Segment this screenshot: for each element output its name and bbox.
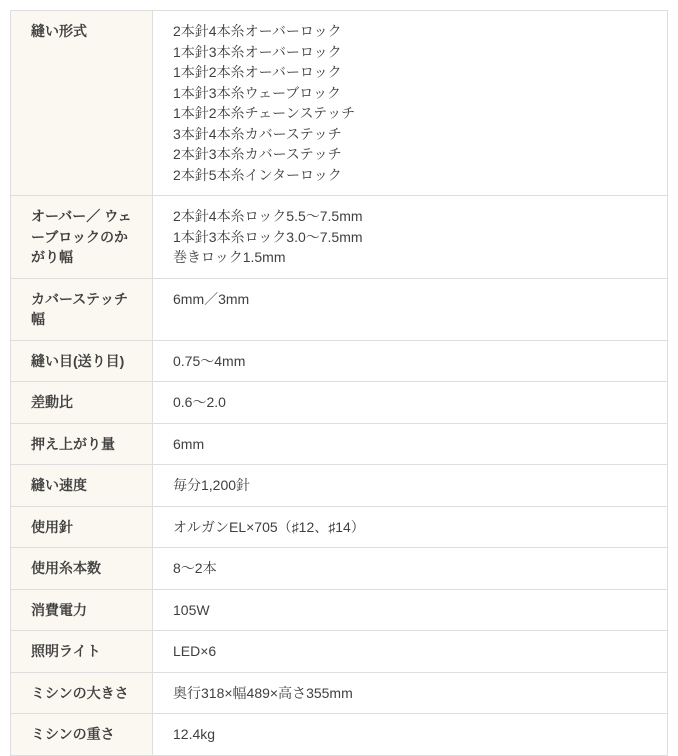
spec-value: 6mm [153,423,668,465]
spec-label: 差動比 [11,382,153,424]
table-row: ミシンの大きさ奥行318×幅489×高さ355mm [11,672,668,714]
spec-value-line: 1本針3本糸ウェーブロック [173,83,657,104]
spec-value-line: LED×6 [173,641,657,662]
spec-value: 2本針4本糸ロック5.5～7.5mm1本針3本糸ロック3.0～7.5mm巻きロッ… [153,196,668,279]
table-row: 使用針オルガンEL×705（♯12、♯14） [11,506,668,548]
spec-label: カバーステッチ幅 [11,278,153,340]
table-row: 差動比0.6～2.0 [11,382,668,424]
spec-value-line: 毎分1,200針 [173,475,657,496]
spec-label: ミシンの大きさ [11,672,153,714]
spec-value: LED×6 [153,631,668,673]
spec-value-line: 1本針2本糸チェーンステッチ [173,103,657,124]
spec-value-line: 0.6～2.0 [173,392,657,413]
spec-value: 0.75～4mm [153,340,668,382]
spec-value-line: 2本針4本糸オーバーロック [173,21,657,42]
spec-table-body: 縫い形式2本針4本糸オーバーロック1本針3本糸オーバーロック1本針2本糸オーバー… [11,11,668,756]
spec-value-line: 0.75～4mm [173,351,657,372]
spec-label: 使用糸本数 [11,548,153,590]
spec-label: 縫い速度 [11,465,153,507]
spec-label: 縫い形式 [11,11,153,196]
spec-value-line: 3本針4本糸カバーステッチ [173,124,657,145]
spec-value-line: オルガンEL×705（♯12、♯14） [173,517,657,538]
table-row: 消費電力105W [11,589,668,631]
table-row: ミシンの重さ12.4kg [11,714,668,756]
spec-value-line: 1本針2本糸オーバーロック [173,62,657,83]
spec-label: 縫い目(送り目) [11,340,153,382]
spec-label: ミシンの重さ [11,714,153,756]
page: 縫い形式2本針4本糸オーバーロック1本針3本糸オーバーロック1本針2本糸オーバー… [0,0,678,736]
table-row: オーバー／ ウェーブロックのかがり幅2本針4本糸ロック5.5～7.5mm1本針3… [11,196,668,279]
spec-value: オルガンEL×705（♯12、♯14） [153,506,668,548]
spec-value-line: 6mm／3mm [173,289,657,310]
spec-value: 毎分1,200針 [153,465,668,507]
table-row: カバーステッチ幅6mm／3mm [11,278,668,340]
spec-value-line: 奥行318×幅489×高さ355mm [173,683,657,704]
spec-value-line: 105W [173,600,657,621]
spec-value: 2本針4本糸オーバーロック1本針3本糸オーバーロック1本針2本糸オーバーロック1… [153,11,668,196]
table-row: 使用糸本数8～2本 [11,548,668,590]
spec-value-line: 2本針3本糸カバーステッチ [173,144,657,165]
spec-value: 6mm／3mm [153,278,668,340]
spec-value-line: 2本針5本糸インターロック [173,165,657,186]
spec-label: 照明ライト [11,631,153,673]
spec-value: 8～2本 [153,548,668,590]
table-row: 縫い速度毎分1,200針 [11,465,668,507]
spec-value-line: 8～2本 [173,558,657,579]
table-row: 照明ライトLED×6 [11,631,668,673]
table-row: 縫い形式2本針4本糸オーバーロック1本針3本糸オーバーロック1本針2本糸オーバー… [11,11,668,196]
spec-value: 12.4kg [153,714,668,756]
spec-table: 縫い形式2本針4本糸オーバーロック1本針3本糸オーバーロック1本針2本糸オーバー… [10,10,668,756]
table-row: 縫い目(送り目)0.75～4mm [11,340,668,382]
spec-label: 押え上がり量 [11,423,153,465]
spec-value: 奥行318×幅489×高さ355mm [153,672,668,714]
spec-label: 消費電力 [11,589,153,631]
table-row: 押え上がり量6mm [11,423,668,465]
spec-value: 0.6～2.0 [153,382,668,424]
spec-value-line: 6mm [173,434,657,455]
spec-value: 105W [153,589,668,631]
spec-value-line: 2本針4本糸ロック5.5～7.5mm [173,206,657,227]
spec-value-line: 1本針3本糸オーバーロック [173,42,657,63]
spec-label: オーバー／ ウェーブロックのかがり幅 [11,196,153,279]
spec-value-line: 1本針3本糸ロック3.0～7.5mm [173,227,657,248]
spec-value-line: 巻きロック1.5mm [173,247,657,268]
spec-label: 使用針 [11,506,153,548]
spec-value-line: 12.4kg [173,724,657,745]
